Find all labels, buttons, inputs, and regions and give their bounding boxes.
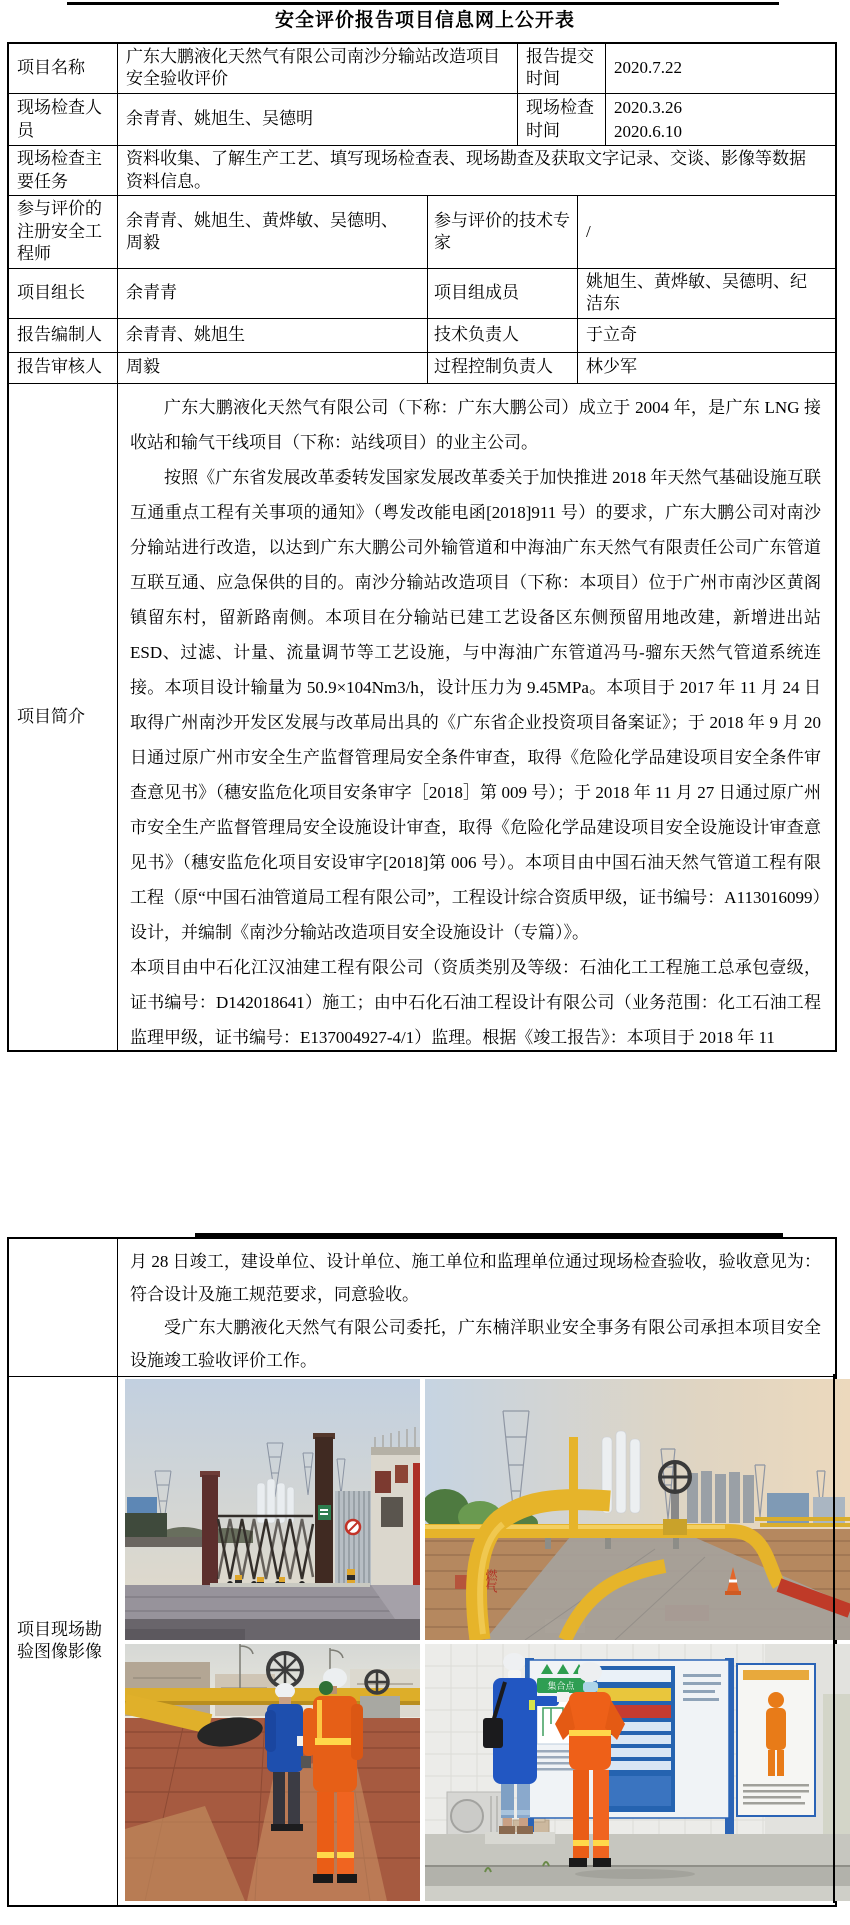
photo-grid: 燃气 bbox=[125, 1379, 850, 1901]
station-entrance-gate-photo bbox=[125, 1379, 420, 1640]
continuation-paragraph-2: 受广东大鹏液化天然气有限公司委托，广东楠洋职业安全事务有限公司承担本项目安全设施… bbox=[130, 1311, 821, 1376]
project-intro-text: 广东大鹏液化天然气有限公司（下称：广东大鹏公司）成立于 2004 年，是广东 L… bbox=[117, 384, 835, 1050]
pavement bbox=[125, 1583, 420, 1640]
low-wall bbox=[125, 1537, 211, 1547]
row-site-photos: 项目现场勘验图像影像 bbox=[9, 1376, 835, 1905]
blue-canopy bbox=[127, 1497, 157, 1513]
row-inspection-tasks: 现场检查主要任务 资料收集、了解生产工艺、填写现场检查表、现场勘查及获取文字记录… bbox=[9, 145, 835, 195]
vertical-pipe bbox=[569, 1437, 578, 1529]
report-author-label: 报告编制人 bbox=[9, 319, 117, 352]
project-leader-label: 项目组长 bbox=[9, 269, 117, 318]
row-project-intro: 项目简介 广东大鹏液化天然气有限公司（下称：广东大鹏公司）成立于 2004 年，… bbox=[9, 383, 835, 1050]
inspection-tasks-value: 资料收集、了解生产工艺、填写现场检查表、现场勘查及获取文字记录、交谈、影像等数据… bbox=[117, 146, 835, 195]
assembly-point-sign-text: 集合点 bbox=[547, 1680, 575, 1691]
notes-poster bbox=[679, 1666, 725, 1812]
guard-building bbox=[371, 1427, 420, 1594]
ground bbox=[425, 1832, 850, 1901]
process-control-lead-value: 林少军 bbox=[577, 353, 835, 383]
site-inspectors-value: 余青青、姚旭生、吴德明 bbox=[117, 94, 517, 146]
process-control-lead-label: 过程控制负责人 bbox=[427, 353, 577, 383]
project-name-label: 项目名称 bbox=[9, 44, 117, 93]
row-report-reviewer: 报告审核人 周毅 过程控制负责人 林少军 bbox=[9, 352, 835, 383]
wall-stain bbox=[823, 1694, 850, 1844]
intro-paragraph-2: 按照《广东省发展改革委转发国家发展改革委关于加快推进 2018 年天然气基础设施… bbox=[130, 460, 821, 950]
site-inspection-time-label: 现场检查时间 bbox=[517, 94, 605, 146]
document-page: 安全评价报告项目信息网上公开表 项目名称 广东大鹏液化天然气有限公司南沙分输站改… bbox=[0, 0, 850, 1925]
inspectors-at-safety-board-photo: 集合点 bbox=[425, 1644, 850, 1901]
technical-experts-label: 参与评价的技术专家 bbox=[427, 196, 577, 267]
bushes bbox=[125, 1513, 167, 1539]
row-project-name: 项目名称 广东大鹏液化天然气有限公司南沙分输站改造项目安全验收评价 报告提交时间… bbox=[9, 44, 835, 93]
gate-pillar-left bbox=[200, 1471, 220, 1593]
report-reviewer-label: 报告审核人 bbox=[9, 353, 117, 383]
table-right-border-overlay bbox=[833, 1374, 835, 1903]
site-photos-area: 燃气 bbox=[117, 1377, 835, 1905]
technical-experts-value: / bbox=[577, 196, 835, 267]
project-name-value: 广东大鹏液化天然气有限公司南沙分输站改造项目安全验收评价 bbox=[117, 44, 517, 93]
info-table-page1: 项目名称 广东大鹏液化天然气有限公司南沙分输站改造项目安全验收评价 报告提交时间… bbox=[7, 42, 837, 1052]
project-members-label: 项目组成员 bbox=[427, 269, 577, 318]
site-inspectors-label: 现场检查人员 bbox=[9, 94, 117, 146]
inspection-tasks-label: 现场检查主要任务 bbox=[9, 146, 117, 195]
intro-continuation-spacer bbox=[9, 1239, 117, 1376]
intro-paragraph-3: 本项目由中石化江汉油建工程有限公司（资质类别及等级：石油化工工程施工总承包壹级，… bbox=[130, 950, 821, 1050]
technical-lead-label: 技术负责人 bbox=[427, 319, 577, 352]
project-intro-label: 项目简介 bbox=[9, 384, 117, 1050]
report-submit-time-value: 2020.7.22 bbox=[605, 44, 835, 93]
report-reviewer-value: 周毅 bbox=[117, 353, 427, 383]
safety-engineers-label: 参与评价的注册安全工程师 bbox=[9, 196, 117, 267]
project-leader-value: 余青青 bbox=[117, 269, 427, 318]
info-table-page2: 月 28 日竣工，建设单位、设计单位、施工单位和监理单位通过现场检查验收，验收意… bbox=[7, 1237, 837, 1907]
station-pipeline-area-photo: 燃气 bbox=[425, 1379, 850, 1640]
gate-pillar-main bbox=[313, 1433, 335, 1593]
row-project-leader: 项目组长 余青青 项目组成员 姚旭生、黄烨敏、吴德明、纪洁东 bbox=[9, 268, 835, 318]
concrete-towers bbox=[687, 1471, 754, 1523]
technical-lead-value: 于立奇 bbox=[577, 319, 835, 352]
intro-paragraph-1: 广东大鹏液化天然气有限公司（下称：广东大鹏公司）成立于 2004 年，是广东 L… bbox=[130, 390, 821, 460]
project-members-value: 姚旭生、黄烨敏、吴德明、纪洁东 bbox=[577, 269, 835, 318]
row-report-author: 报告编制人 余青青、姚旭生 技术负责人 于立奇 bbox=[9, 318, 835, 352]
safety-engineers-value: 余青青、姚旭生、黄烨敏、吴德明、周毅 bbox=[117, 196, 427, 267]
site-inspection-time-value: 2020.3.26 2020.6.10 bbox=[605, 94, 835, 146]
report-submit-time-label: 报告提交时间 bbox=[517, 44, 605, 93]
ppe-poster bbox=[737, 1664, 815, 1816]
handwheel-spokes bbox=[268, 1653, 302, 1687]
intro-continuation-text: 月 28 日竣工，建设单位、设计单位、施工单位和监理单位通过现场检查验收，验收意… bbox=[117, 1239, 835, 1376]
row-intro-continuation: 月 28 日竣工，建设单位、设计单位、施工单位和监理单位通过现场检查验收，验收意… bbox=[9, 1239, 835, 1376]
pipe-label-text: 燃气 bbox=[484, 1568, 498, 1594]
continuation-paragraph-1: 月 28 日竣工，建设单位、设计单位、施工单位和监理单位通过现场检查验收，验收意… bbox=[130, 1245, 821, 1311]
site-photos-label: 项目现场勘验图像影像 bbox=[9, 1377, 117, 1905]
row-registered-safety-engineers: 参与评价的注册安全工程师 余青青、姚旭生、黄烨敏、吴德明、周毅 参与评价的技术专… bbox=[9, 195, 835, 267]
row-site-inspectors: 现场检查人员 余青青、姚旭生、吴德明 现场检查时间 2020.3.26 2020… bbox=[9, 93, 835, 146]
report-author-value: 余青青、姚旭生 bbox=[117, 319, 427, 352]
page-title: 安全评价报告项目信息网上公开表 bbox=[0, 5, 850, 32]
inspectors-at-pipeline-photo bbox=[125, 1644, 420, 1901]
